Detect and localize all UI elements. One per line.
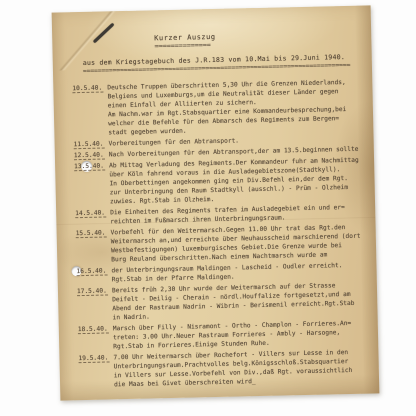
entry-date: 17.5.40. bbox=[77, 286, 108, 296]
entry-text: Vorbefehl für den Weitermarsch.Gegen 11.… bbox=[111, 223, 369, 265]
entries: 10.5.40. Deutsche Truppen überschritten … bbox=[72, 78, 371, 393]
entry-date: 13.5.40. bbox=[74, 161, 105, 171]
diary-entry: 15.5.40. Vorbefehl für den Weitermarsch.… bbox=[76, 223, 369, 266]
entry-date: 19.5.40. bbox=[78, 353, 109, 363]
pen-mark-icon bbox=[93, 23, 115, 44]
entry-text: Deutsche Truppen überschritten 5,30 Uhr … bbox=[107, 78, 365, 138]
document-photo: Kurzer Auszug ============== aus dem Kri… bbox=[0, 0, 416, 416]
entry-text: Bereits früh 2,30 Uhr wurde der Weiterma… bbox=[112, 281, 370, 323]
entry-date: 10.5.40. bbox=[72, 84, 103, 94]
entry-text: Ab Mittag Verladung des Regiments.Der Ko… bbox=[109, 156, 367, 207]
entry-date: 18.5.40. bbox=[78, 324, 109, 334]
diary-entry: 13.5.40. Ab Mittag Verladung des Regimen… bbox=[74, 156, 367, 208]
entry-date: 12.5.40. bbox=[74, 150, 105, 160]
entry-text: 7.00 Uhr Weitermarsch über Rochefort - V… bbox=[113, 348, 371, 390]
title-underline: ============== bbox=[154, 41, 215, 50]
entry-date: 16.5.40. bbox=[76, 266, 107, 276]
entry-date: 15.5.40. bbox=[76, 228, 107, 238]
entry-text: Marsch über Filly - Nisramont - Ortho - … bbox=[113, 319, 371, 352]
diary-entry: 17.5.40. Bereits früh 2,30 Uhr wurde der… bbox=[77, 281, 370, 324]
entry-date: 14.5.40. bbox=[75, 208, 106, 218]
diary-entry: 19.5.40. 7.00 Uhr Weitermarsch über Roch… bbox=[78, 348, 371, 391]
entry-date: 11.5.40. bbox=[74, 140, 105, 150]
page-title-block: Kurzer Auszug ============== bbox=[154, 34, 216, 50]
diary-entry: 10.5.40. Deutsche Truppen überschritten … bbox=[72, 78, 365, 139]
diary-page: Kurzer Auszug ============== aus dem Kri… bbox=[52, 5, 380, 400]
diary-entry: 18.5.40. Marsch über Filly - Nisramont -… bbox=[78, 319, 371, 353]
page-subtitle-block: aus dem Kriegstagebuch des J.R.183 vom 1… bbox=[83, 53, 351, 75]
